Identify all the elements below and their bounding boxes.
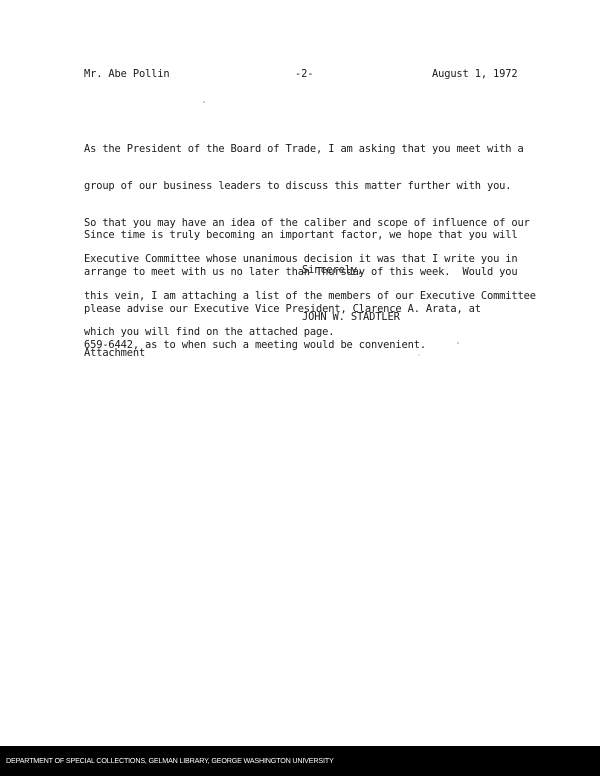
recipient-name: Mr. Abe Pollin <box>84 68 169 80</box>
scan-speck <box>457 342 459 344</box>
paragraph-1-line: As the President of the Board of Trade, … <box>84 143 536 155</box>
paragraph-2-line: please advise our Executive Vice Preside… <box>84 303 518 315</box>
letter-date: August 1, 1972 <box>432 68 517 80</box>
archive-footer-bar: DEPARTMENT OF SPECIAL COLLECTIONS, GELMA… <box>0 746 600 776</box>
archive-credit: DEPARTMENT OF SPECIAL COLLECTIONS, GELMA… <box>6 756 334 765</box>
paragraph-2: Since time is truly becoming an importan… <box>84 205 518 376</box>
scan-speck <box>203 101 205 103</box>
closing-salutation: Sincerely, <box>302 264 363 276</box>
paragraph-2-line: 659-6442, as to when such a meeting woul… <box>84 339 518 351</box>
letter-page: Mr. Abe Pollin -2- August 1, 1972 As the… <box>0 0 600 746</box>
signer-name: JOHN W. STADTLER <box>302 311 400 323</box>
scan-speck <box>418 354 420 356</box>
page-number: -2- <box>295 68 313 80</box>
paragraph-2-line: Since time is truly becoming an importan… <box>84 229 518 241</box>
paragraph-1-line: group of our business leaders to discuss… <box>84 180 536 192</box>
enclosure-note: Attachment <box>84 347 145 359</box>
scan-speck <box>91 258 93 260</box>
paragraph-2-line: arrange to meet with us no later than Th… <box>84 266 518 278</box>
